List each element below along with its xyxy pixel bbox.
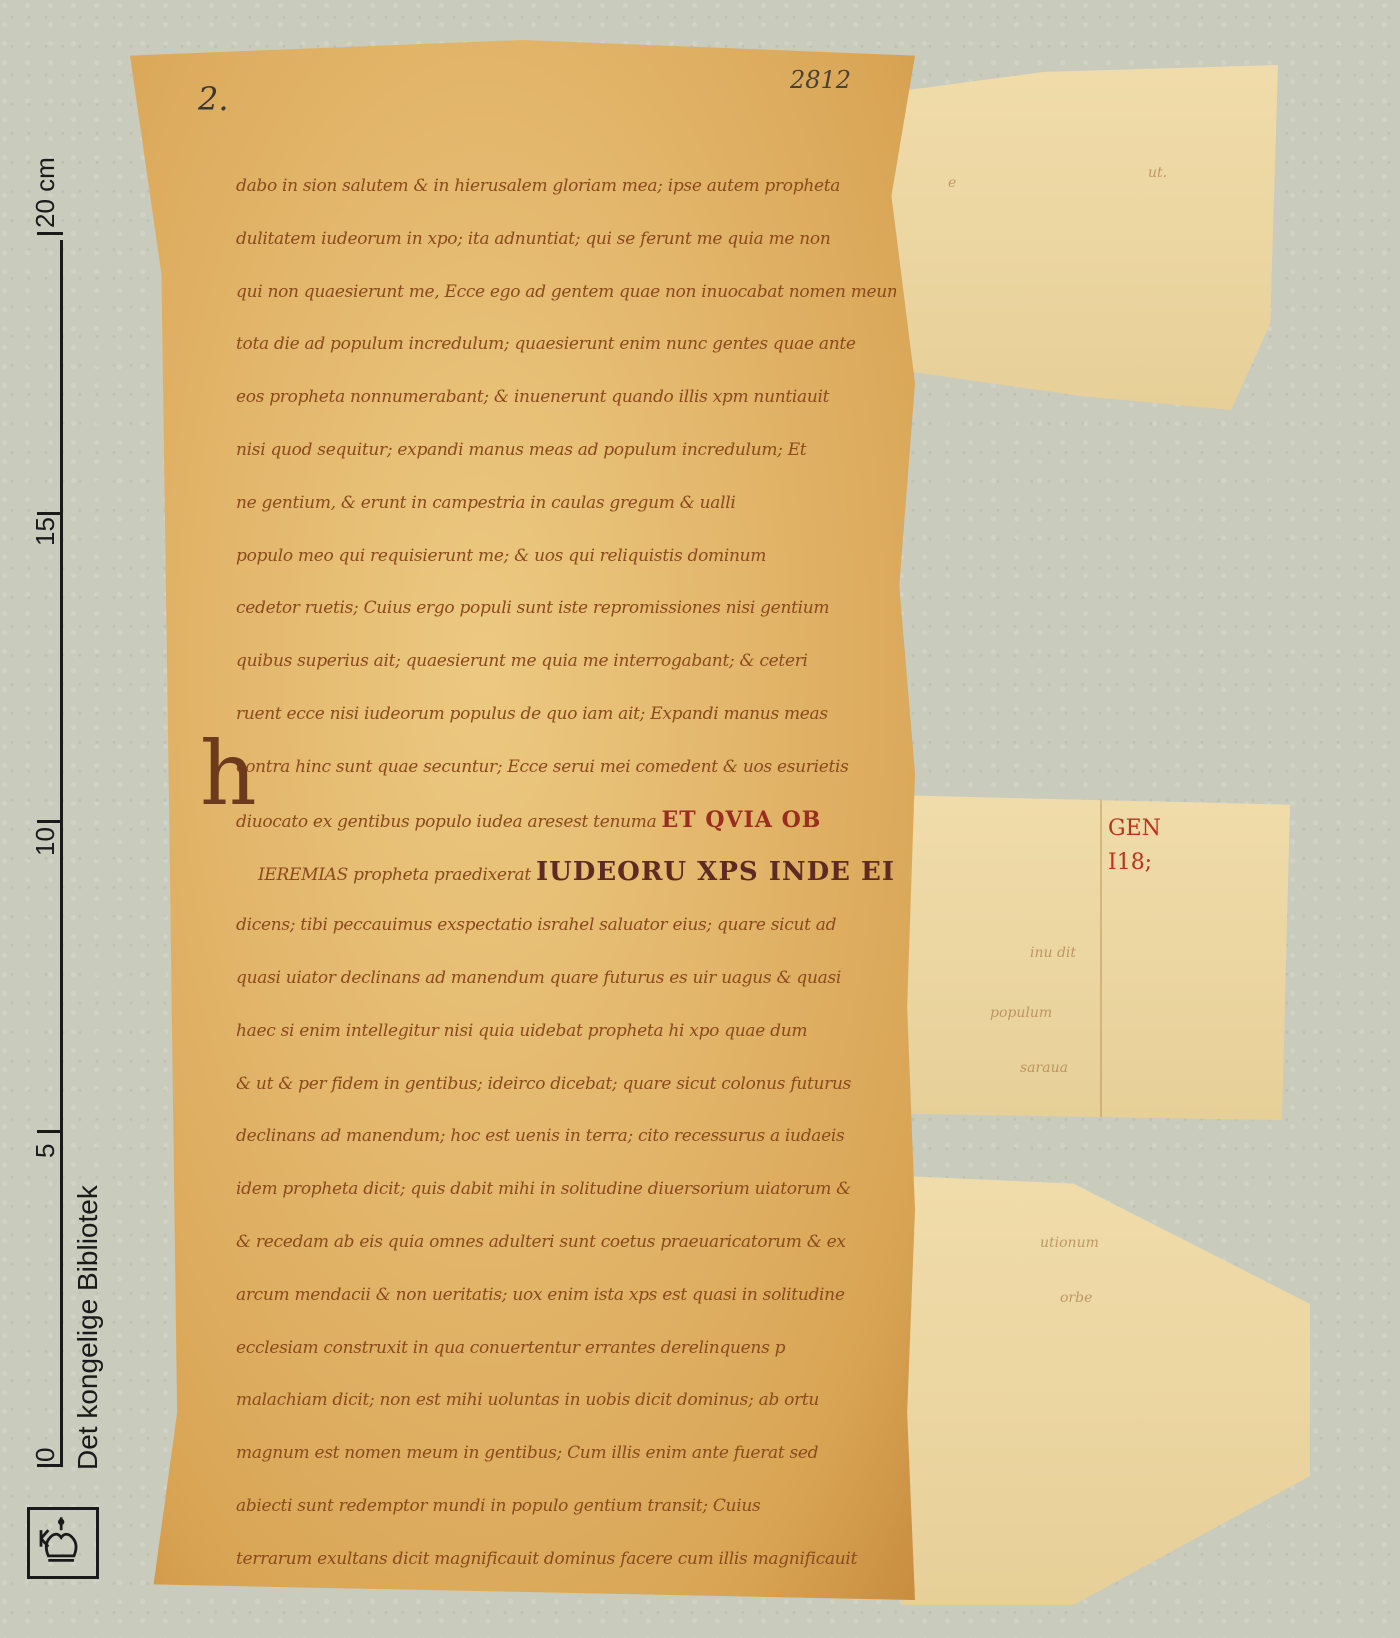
text-line: haec si enim intellegitur nisi quia uide… <box>236 1005 896 1058</box>
fold-line <box>1100 795 1102 1120</box>
text-line: quibus superius ait; quaesierunt me quia… <box>236 635 896 688</box>
attached-parchment-strip-middle: inu dit populum saraua <box>890 795 1290 1120</box>
scale-label-15: 15 <box>30 517 61 546</box>
text-line: qui non quaesierunt me, Ecce ego ad gent… <box>236 266 896 319</box>
rubric-heading-2: IUDEORU XPS INDE EIU <box>536 857 896 887</box>
text-line: ecclesiam construxit in qua conuertentur… <box>236 1322 896 1375</box>
text-line: ruent ecce nisi iudeorum populus de quo … <box>236 688 896 741</box>
text-line: quasi uiator declinans ad manendum quare… <box>236 952 896 1005</box>
text-line: arcum mendacii & non ueritatis; uox enim… <box>236 1269 896 1322</box>
text-line: malachiam dicit; non est mihi uoluntas i… <box>236 1374 896 1427</box>
text-line: declinans ad manendum; hoc est uenis in … <box>236 1110 896 1163</box>
text-line: idem propheta dicit; quis dabit mihi in … <box>236 1163 896 1216</box>
text-line: IEREMIAS propheta praedixerat IUDEORU XP… <box>236 846 896 899</box>
scale-label-5: 5 <box>30 1144 61 1158</box>
text-line: tota die ad populum incredulum; quaesier… <box>236 318 896 371</box>
rubric-heading-1: ET QVIA OB <box>662 807 822 833</box>
scale-tick-5 <box>37 1130 63 1133</box>
text-line: contra hinc sunt quae secuntur; Ecce ser… <box>236 741 896 794</box>
text-line: diuocato ex gentibus populo iudea areses… <box>236 794 896 847</box>
text-line: nisi quod sequitur; expandi manus meas a… <box>236 424 896 477</box>
institution-label: Det kongelige Bibliotek <box>72 1185 104 1470</box>
text-line: cedetor ruetis; Cuius ergo populi sunt i… <box>236 582 896 635</box>
text-line-content: diuocato ex gentibus populo iudea areses… <box>236 812 656 832</box>
folio-number: 2. <box>198 80 229 118</box>
scale-tick-10 <box>37 820 63 823</box>
text-line: & recedam ab eis quia omnes adulteri sun… <box>236 1216 896 1269</box>
text-line: eos propheta nonnumerabant; & inuenerunt… <box>236 371 896 424</box>
text-line: magnum est nomen meum in gentibus; Cum i… <box>236 1427 896 1480</box>
text-line: dulitatem iudeorum in xpo; ita adnuntiat… <box>236 213 896 266</box>
scale-label-10: 10 <box>30 827 61 856</box>
margin-annotation: GEN I18; <box>1108 812 1161 880</box>
text-line: ne gentium, & erunt in campestria in cau… <box>236 477 896 530</box>
scale-tick-0 <box>37 1464 63 1467</box>
margin-annotation-line-1: GEN <box>1108 812 1161 846</box>
text-line: populo meo qui requisierunt me; & uos qu… <box>236 530 896 583</box>
text-line: abiecti sunt redemptor mundi in populo g… <box>236 1480 896 1533</box>
attached-parchment-strip-bottom: utionum orbe <box>880 1175 1310 1605</box>
scale-tick-15 <box>37 512 63 515</box>
attached-parchment-strip-top: e ut. <box>888 65 1278 410</box>
text-line-content: IEREMIAS propheta praedixerat <box>258 865 531 885</box>
crown-kb-logo-icon <box>27 1507 99 1579</box>
margin-annotation-line-2: I18; <box>1108 846 1161 880</box>
text-line: dicens; tibi peccauimus exspectatio isra… <box>236 899 896 952</box>
shelfmark: 2812 <box>790 66 851 94</box>
text-line: & ut & per fidem in gentibus; ideirco di… <box>236 1058 896 1111</box>
scale-label-20cm: 20 cm <box>30 157 61 228</box>
manuscript-text-block: dabo in sion salutem & in hierusalem glo… <box>236 160 896 1586</box>
text-line: dabo in sion salutem & in hierusalem glo… <box>236 160 896 213</box>
scale-tick-20 <box>37 232 63 235</box>
measurement-scale: 0 5 10 15 20 cm Det kongelige Bibliotek <box>0 0 120 1638</box>
text-line: terrarum exultans dicit magnificauit dom… <box>236 1533 896 1586</box>
decorated-initial: h <box>200 730 257 818</box>
scale-label-0: 0 <box>30 1448 61 1462</box>
